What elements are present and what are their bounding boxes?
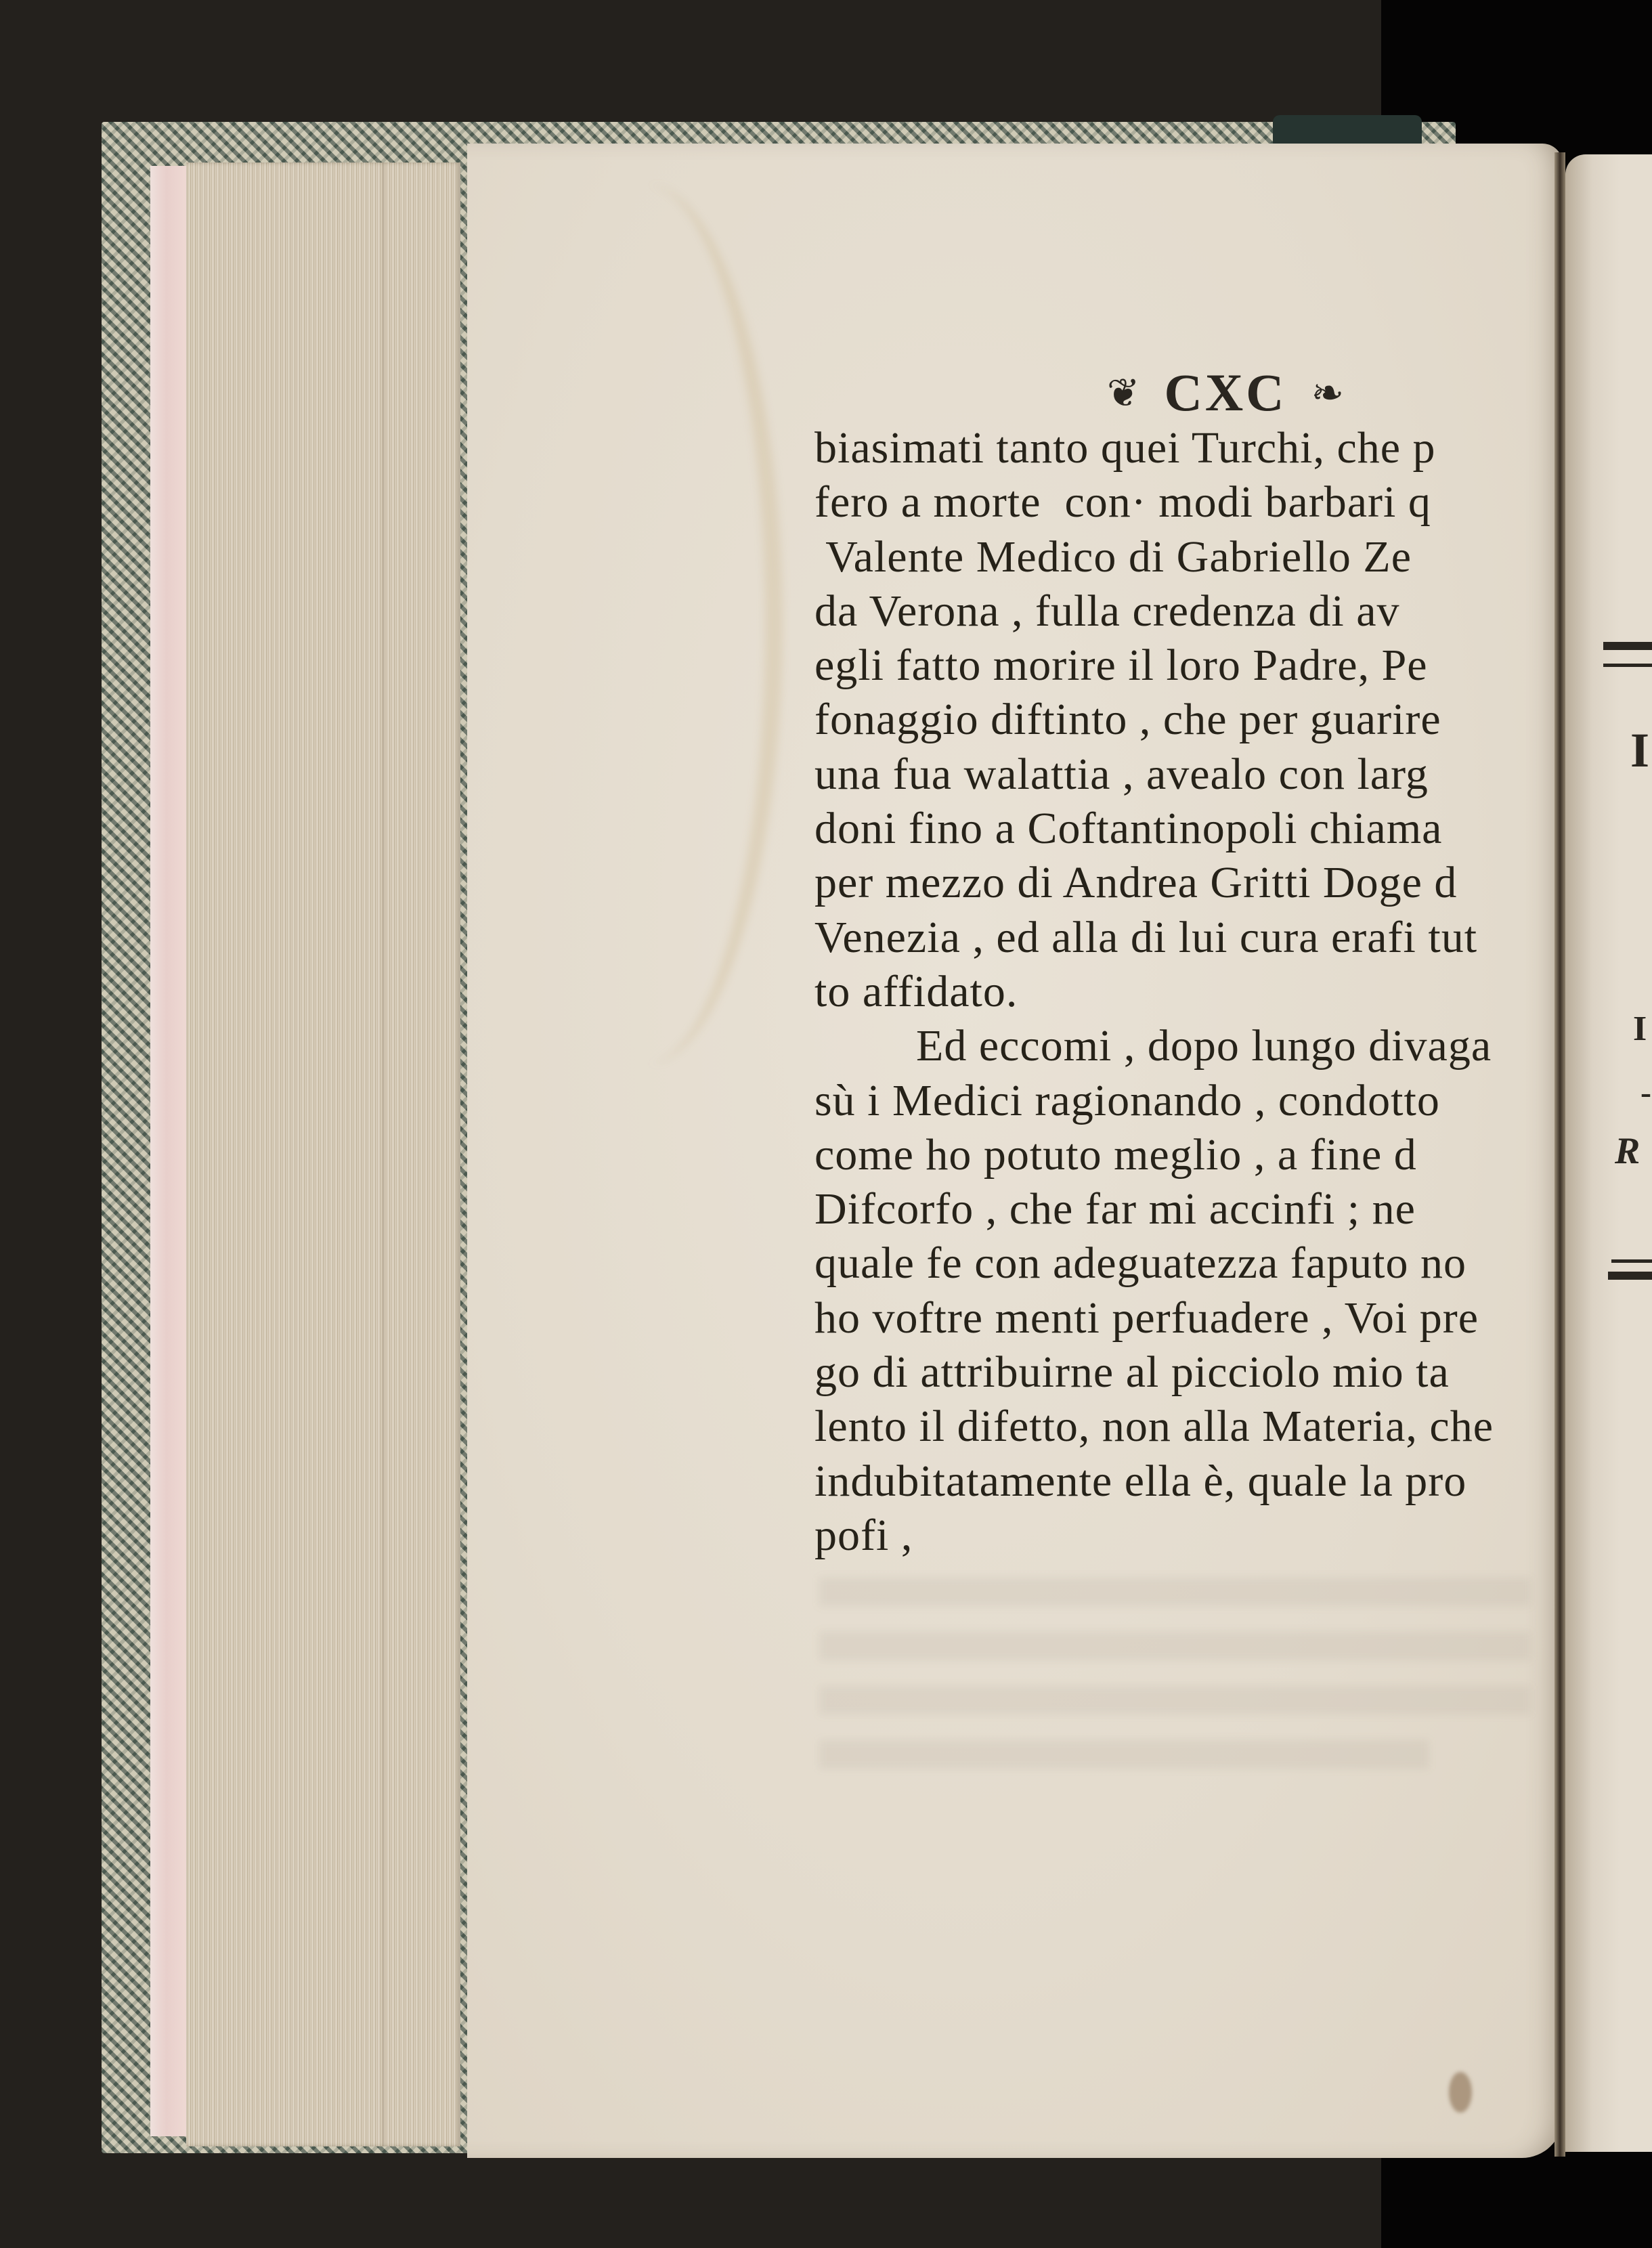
- text-line: fonaggio diftinto , che per guarire: [814, 693, 1552, 747]
- text-line: fero a morte con· modi barbari q: [814, 475, 1552, 529]
- text-line: come ho potuto meglio , a fine d: [814, 1128, 1552, 1182]
- text-line: go di attribuirne al picciolo mio ta: [814, 1345, 1552, 1400]
- text-line: egli fatto morire il loro Padre, Pe: [814, 639, 1552, 693]
- facing-page-initial: I: [1630, 726, 1649, 775]
- body-text: biasimati tanto quei Turchi, che p fero …: [814, 421, 1552, 1563]
- gutter-fold: [1555, 152, 1565, 2157]
- text-line: indubitatamente ella è, quale la pro: [814, 1454, 1552, 1509]
- text-line: pofi ,: [814, 1509, 1552, 1563]
- text-line: Difcorfo , che far mi accinfi ; ne: [814, 1182, 1552, 1236]
- text-line: Valente Medico di Gabriello Ze: [814, 530, 1552, 584]
- text-line: Venezia , ed alla di lui cura erafi tut: [814, 911, 1552, 965]
- facing-page-italic-letter: R: [1615, 1132, 1640, 1170]
- text-line: ho voftre menti perfuadere , Voi pre: [814, 1291, 1552, 1345]
- bleed-through-text: [819, 1632, 1530, 1660]
- foxing-spot: [1449, 2072, 1472, 2113]
- text-line: biasimati tanto quei Turchi, che p: [814, 421, 1552, 475]
- text-line: lento il difetto, non alla Materia, che: [814, 1400, 1552, 1454]
- text-area: biasimati tanto quei Turchi, che p fero …: [799, 406, 1552, 1598]
- text-line: quale fe con adeguatezza faputo no: [814, 1236, 1552, 1291]
- facing-page-initial: I: [1633, 1012, 1647, 1047]
- text-line: una fua walattia , avealo con larg: [814, 748, 1552, 802]
- text-line: per mezzo di Andrea Gritti Doge d: [814, 856, 1552, 910]
- paragraph-start-line: Ed eccomi , dopo lungo divaga: [814, 1019, 1552, 1073]
- page-block-fore-edge: [186, 163, 460, 2146]
- facing-page-dash: -: [1640, 1077, 1651, 1109]
- facing-page-thick-rule: [1603, 642, 1652, 650]
- text-line: to affidato.: [814, 965, 1552, 1019]
- water-stain: [508, 184, 783, 1064]
- facing-page-thin-rule: [1611, 1259, 1652, 1263]
- text-line: da Verona , fulla credenza di av: [814, 584, 1552, 639]
- text-line: doni fino a Coftantinopoli chiama: [814, 802, 1552, 856]
- bleed-through-text: [819, 1686, 1530, 1714]
- text-line: sù i Medici ragionando , condotto: [814, 1074, 1552, 1128]
- facing-page-thin-rule: [1603, 664, 1652, 667]
- facing-page-thick-rule: [1608, 1272, 1652, 1280]
- bleed-through-text: [819, 1740, 1429, 1769]
